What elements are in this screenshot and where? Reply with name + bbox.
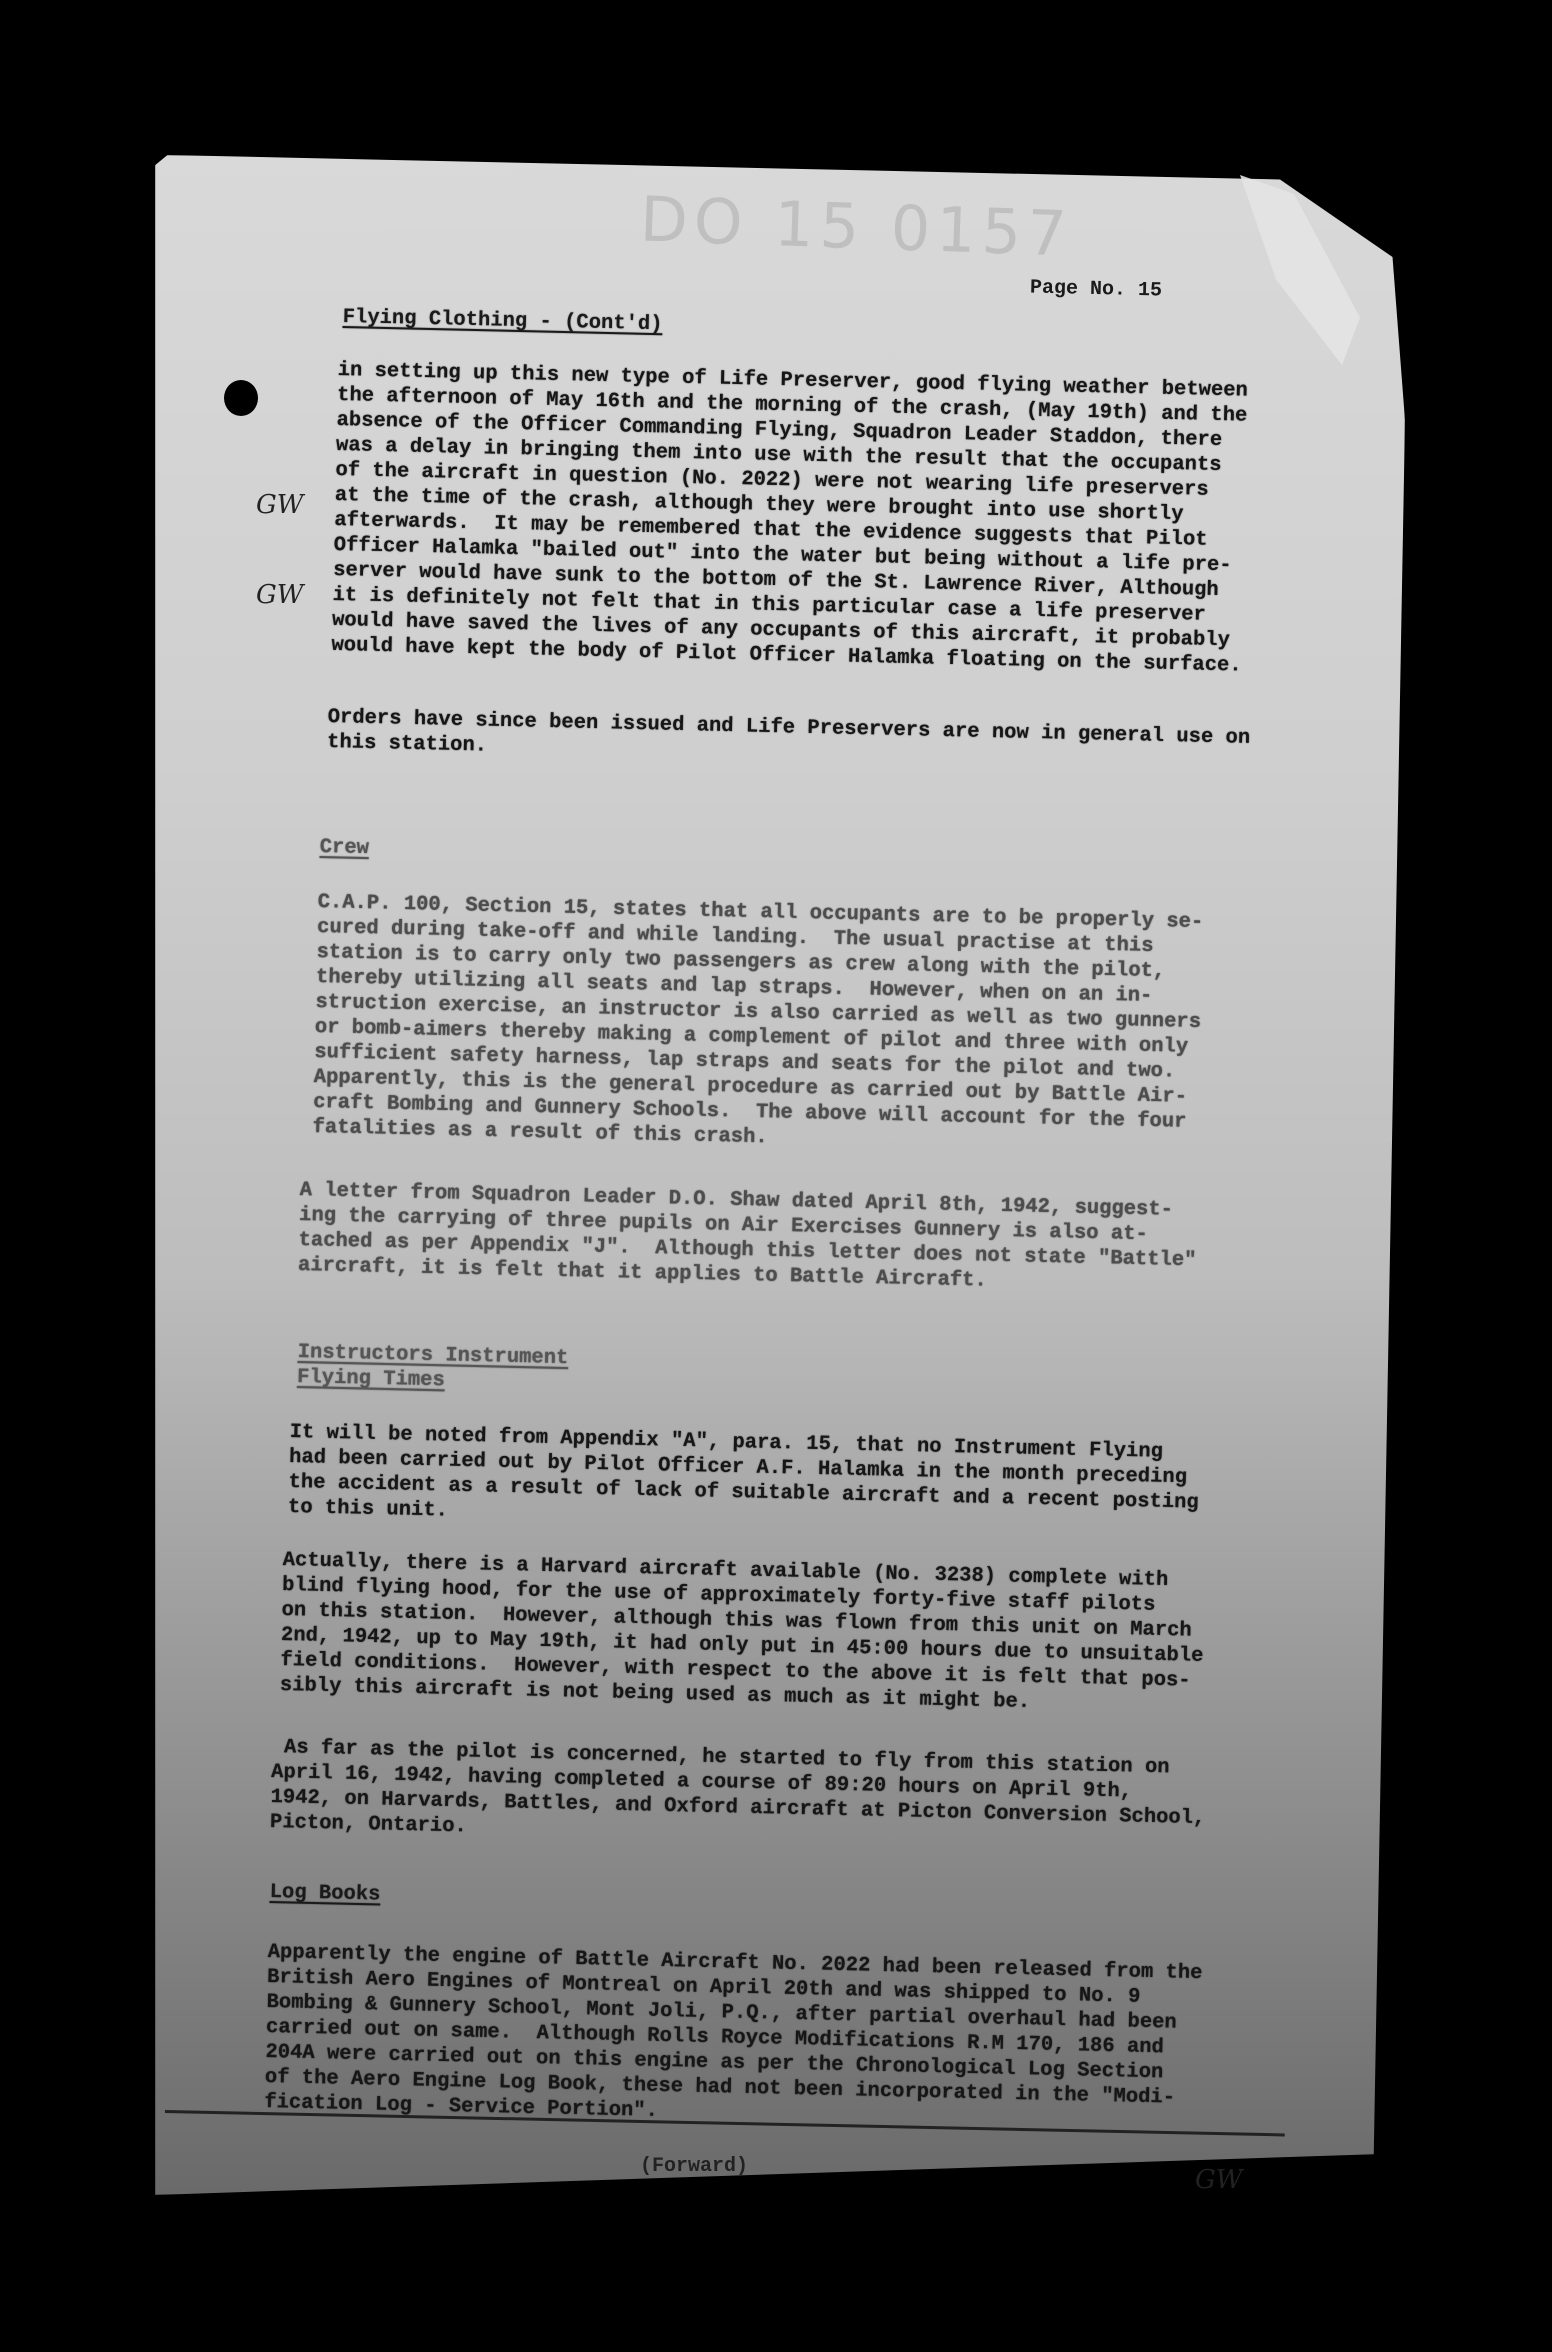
section-heading-flying-clothing: Flying Clothing - (Cont'd): [342, 305, 662, 337]
margin-initials-1: GW: [256, 490, 304, 520]
paragraph-crew-2: A letter from Squadron Leader D.O. Shaw …: [298, 1178, 1198, 1298]
paragraph-crew-1: C.A.P. 100, Section 15, states that all …: [312, 890, 1203, 1160]
footer-initials: GW: [1195, 2165, 1243, 2195]
section-heading-crew: Crew: [319, 835, 369, 861]
faint-stamp: DO 15 0157: [639, 182, 1074, 270]
punch-hole: [224, 380, 258, 416]
section-heading-log-books: Log Books: [269, 1880, 380, 1908]
paragraph-flying-clothing-1: in setting up this new type of Life Pres…: [331, 358, 1248, 679]
document-content: DO 15 0157 Page No. 15 Flying Clothing -…: [0, 0, 1552, 2352]
paragraph-flying-clothing-2: Orders have since been issued and Life P…: [327, 705, 1251, 776]
page-number: Page No. 15: [1030, 277, 1163, 303]
paragraph-instrument-1: It will be noted from Appendix "A", para…: [288, 1420, 1200, 1541]
paragraph-instrument-2: Actually, there is a Harvard aircraft av…: [280, 1548, 1206, 1719]
footer-forward: (Forward): [640, 2155, 748, 2178]
margin-initials-2: GW: [256, 580, 304, 610]
paragraph-instrument-3: As far as the pilot is concerned, he sta…: [270, 1735, 1207, 1856]
section-heading-instrument-flying: Instructors Instrument Flying Times: [297, 1340, 569, 1396]
paragraph-log-books-1: Apparently the engine of Battle Aircraft…: [264, 1940, 1203, 2136]
